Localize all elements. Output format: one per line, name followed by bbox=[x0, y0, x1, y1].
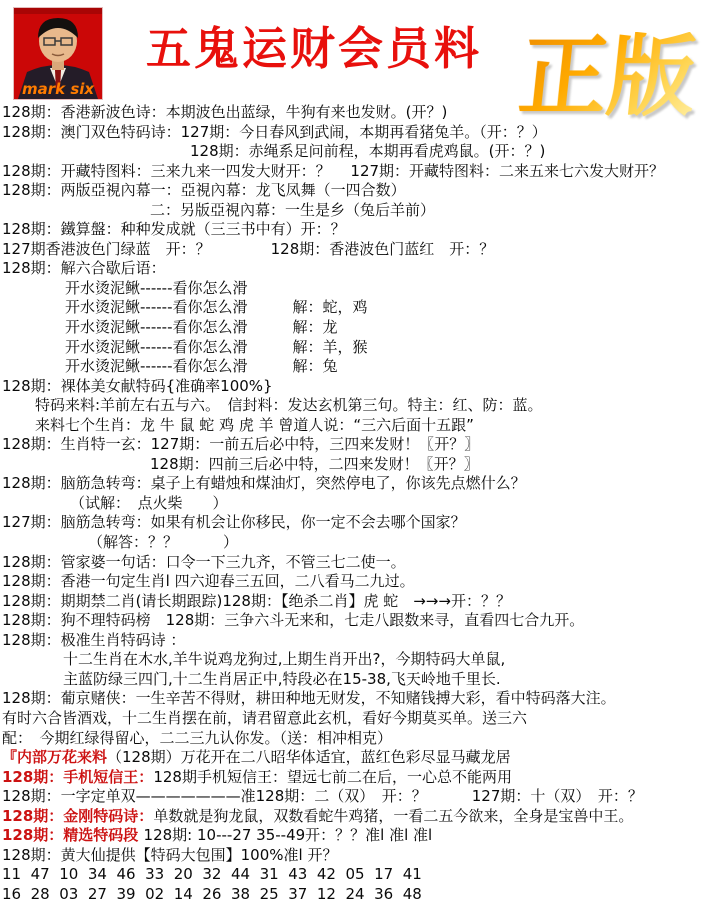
text-line: 128期：解六合歇后语： bbox=[0, 259, 723, 279]
line-text: 开水烫泥鳅------看你怎么滑 bbox=[65, 279, 247, 297]
text-line: 128期：香港一句定生肖l 四六迎春三五回，二八看马二九过。 bbox=[0, 572, 723, 592]
text-line: 特码来料:羊前左右五与六。 信封料：发达玄机第三句。特主：红、防：蓝。 bbox=[0, 396, 723, 416]
page-title: 五鬼运财会员料 bbox=[146, 24, 482, 74]
text-line: （解答：？？ ） bbox=[0, 533, 723, 553]
text-line: 128期：管家婆一句话：口令一下三九齐，不管三七二使一。 bbox=[0, 553, 723, 573]
text-line: （试解： 点火柴 ） bbox=[0, 494, 723, 514]
text-line: 16 28 03 27 39 02 14 26 38 25 37 12 24 3… bbox=[0, 885, 723, 905]
line-text: 128期：鐵算盤：种种发成就（三三书中有）开：？ bbox=[2, 220, 346, 238]
line-text: 16 28 03 27 39 02 14 26 38 25 37 12 24 3… bbox=[2, 885, 422, 903]
text-line: 128期：期期禁二肖(请长期跟踪)128期：【绝杀二肖】虎 蛇 →→→开：？？ bbox=[0, 592, 723, 612]
line-text: 128期：香港一句定生肖l 四六迎春三五回，二八看马二九过。 bbox=[2, 572, 415, 590]
line-text: 128期：澳门双色特码诗：127期：今日春风到武闹，本期再看猪兔羊。（开：？） bbox=[2, 123, 547, 141]
line-text: 128期：脑筋急转弯：桌子上有蜡烛和煤油灯，突然停电了，你该先点燃什么？ bbox=[2, 474, 526, 492]
portrait-photo-graphic: mark six bbox=[14, 8, 102, 99]
text-line: 127期：脑筋急转弯：如果有机会让你移民，你一定不会去哪个国家？ bbox=[0, 513, 723, 533]
lottery-tip-sheet: mark six 五鬼运财会员料 正版 128期：香港新波色诗：本期波色出蓝绿，… bbox=[0, 0, 723, 911]
line-text: 单数就是狗龙鼠，双数看蛇牛鸡猪，一看二五今欲来，全身是宝兽中王。 bbox=[153, 807, 633, 825]
line-text: （解答：？？ ） bbox=[88, 533, 238, 551]
line-text: 128期：解六合歇后语： bbox=[2, 259, 166, 277]
line-text: 128期：狗不理特码榜 128期：三争六斗无来和，七走八跟数来寻，直看四七合九开… bbox=[2, 611, 584, 629]
text-line: 11 47 10 34 46 33 20 32 44 31 43 42 05 1… bbox=[0, 865, 723, 885]
text-line: 128期：极准生肖特码诗 ： bbox=[0, 631, 723, 651]
line-label-red: 128期：手机短信王： bbox=[2, 768, 153, 786]
line-text: 128期：期期禁二肖(请长期跟踪)128期：【绝杀二肖】虎 蛇 →→→开：？？ bbox=[2, 592, 511, 610]
text-line: 128期：狗不理特码榜 128期：三争六斗无来和，七走八跟数来寻，直看四七合九开… bbox=[0, 611, 723, 631]
line-text: 128期：裸体美女献特码{准确率100%} bbox=[2, 377, 273, 395]
line-label-red: 128期：精选特码段 bbox=[2, 826, 144, 844]
line-text: 128期：管家婆一句话：口令一下三九齐，不管三七二使一。 bbox=[2, 553, 406, 571]
line-text: 开水烫泥鳅------看你怎么滑 解：兔 bbox=[65, 357, 337, 375]
line-text: 128期：黄大仙提供【特码大包围】100%准l 开？ bbox=[2, 846, 337, 864]
line-text: 十二生肖在木水,羊牛说鸡龙狗过,上期生肖开出?，今期特码大单鼠, bbox=[63, 650, 505, 668]
text-line: 128期：两版亞視內幕一：亞視內幕：龙飞凤舞（一四合数） bbox=[0, 181, 723, 201]
line-text: 开水烫泥鳅------看你怎么滑 解：羊，猴 bbox=[65, 338, 367, 356]
line-text: 来料七个生肖：龙 牛 鼠 蛇 鸡 虎 羊 曾道人说：“三六后面十五跟” bbox=[35, 416, 474, 434]
genuine-stamp: 正版 bbox=[515, 32, 700, 120]
line-text: （试解： 点火柴 ） bbox=[70, 494, 228, 512]
line-text: 128期：生肖特一玄：127期：一前五后必中特，三四来发财！〖开？〗 bbox=[2, 435, 479, 453]
portrait-photo: mark six bbox=[13, 7, 103, 100]
document-lines: 128期：香港新波色诗：本期波色出蓝绿，牛狗有来也发财。(开？)128期：澳门双… bbox=[0, 103, 723, 904]
line-text: 特码来料:羊前左右五与六。 信封料：发达玄机第三句。特主：红、防：蓝。 bbox=[35, 396, 543, 414]
text-line: 128期：生肖特一玄：127期：一前五后必中特，三四来发财！〖开？〗 bbox=[0, 435, 723, 455]
text-line: 来料七个生肖：龙 牛 鼠 蛇 鸡 虎 羊 曾道人说：“三六后面十五跟” bbox=[0, 416, 723, 436]
line-text: 配： 今期红绿得留心，二二三九认你发。（送：相冲相克） bbox=[2, 729, 392, 747]
line-text: 128期：赤绳系足问前程，本期再看虎鸡鼠。(开：？) bbox=[190, 142, 545, 160]
line-label-red: 128期：金刚特码诗： bbox=[2, 807, 153, 825]
line-text: 128期: 10---27 35--49开：？？准l 准l 准l bbox=[144, 826, 433, 844]
text-line: 十二生肖在木水,羊牛说鸡龙狗过,上期生肖开出?，今期特码大单鼠, bbox=[0, 650, 723, 670]
line-text: 128期：香港新波色诗：本期波色出蓝绿，牛狗有来也发财。(开？) bbox=[2, 103, 447, 121]
text-line: 开水烫泥鳅------看你怎么滑 解：兔 bbox=[0, 357, 723, 377]
line-label-red: 『内部万花来料 bbox=[2, 748, 107, 766]
line-text: 128期：两版亞視內幕一：亞視內幕：龙飞凤舞（一四合数） bbox=[2, 181, 406, 199]
line-text: 128期：极准生肖特码诗 ： bbox=[2, 631, 185, 649]
line-text: 有时六合皆酒戏，十二生肖摆在前，请君留意此玄机，看好今期莫买单。送三六 bbox=[2, 709, 527, 727]
line-text: 二：另版亞視內幕：一生是乡（兔后羊前） bbox=[150, 201, 435, 219]
text-line: 127期香港波色门绿蓝 开：？ 128期：香港波色门蓝红 开：？ bbox=[0, 240, 723, 260]
line-text: 127期香港波色门绿蓝 开：？ 128期：香港波色门蓝红 开：？ bbox=[2, 240, 494, 258]
text-line: 二：另版亞視內幕：一生是乡（兔后羊前） bbox=[0, 201, 723, 221]
line-text: 开水烫泥鳅------看你怎么滑 解：蛇，鸡 bbox=[65, 298, 367, 316]
text-line: 主蓝防绿三四门,十二生肖居正中,特段必在15-38,飞天岭地千里长. bbox=[0, 670, 723, 690]
photo-caption-text: mark six bbox=[22, 80, 95, 98]
text-line: 128期：一字定单双———————准128期：二（双） 开：？ 127期：十（双… bbox=[0, 787, 723, 807]
text-line: 128期：鐵算盤：种种发成就（三三书中有）开：？ bbox=[0, 220, 723, 240]
line-text: 11 47 10 34 46 33 20 32 44 31 43 42 05 1… bbox=[2, 865, 422, 883]
text-line: 开水烫泥鳅------看你怎么滑 解：羊，猴 bbox=[0, 338, 723, 358]
text-line: 128期：脑筋急转弯：桌子上有蜡烛和煤油灯，突然停电了，你该先点燃什么？ bbox=[0, 474, 723, 494]
line-text: 127期：脑筋急转弯：如果有机会让你移民，你一定不会去哪个国家？ bbox=[2, 513, 466, 531]
text-line: 128期：手机短信王：128期手机短信王：望远七前二在后，一心总不能两用 bbox=[0, 768, 723, 788]
line-text: 主蓝防绿三四门,十二生肖居正中,特段必在15-38,飞天岭地千里长. bbox=[63, 670, 501, 688]
line-text: 128期手机短信王：望远七前二在后，一心总不能两用 bbox=[153, 768, 512, 786]
text-line: 128期：金刚特码诗：单数就是狗龙鼠，双数看蛇牛鸡猪，一看二五今欲来，全身是宝兽… bbox=[0, 807, 723, 827]
line-text: （128期）万花开在二八昭华体适宜，蓝红色彩尽显马藏龙居 bbox=[107, 748, 511, 766]
text-line: 开水烫泥鳅------看你怎么滑 解：龙 bbox=[0, 318, 723, 338]
text-line: 128期：开藏特图料：三来九来一四发大财开：？ 127期：开藏特图料：二来五来七… bbox=[0, 162, 723, 182]
text-line: 128期：葡京赌侠：一生辛苦不得财，耕田种地无财发，不知赌钱搏大彩，看中特码落大… bbox=[0, 689, 723, 709]
text-line: 配： 今期红绿得留心，二二三九认你发。（送：相冲相克） bbox=[0, 729, 723, 749]
text-line: 128期：黄大仙提供【特码大包围】100%准l 开？ bbox=[0, 846, 723, 866]
line-text: 128期：四前三后必中特，二四来发财！〖开？〗 bbox=[150, 455, 479, 473]
line-text: 开水烫泥鳅------看你怎么滑 解：龙 bbox=[65, 318, 337, 336]
text-line: 开水烫泥鳅------看你怎么滑 bbox=[0, 279, 723, 299]
text-line: 128期：精选特码段 128期: 10---27 35--49开：？？准l 准l… bbox=[0, 826, 723, 846]
text-line: 128期：赤绳系足问前程，本期再看虎鸡鼠。(开：？) bbox=[0, 142, 723, 162]
text-line: 128期：裸体美女献特码{准确率100%} bbox=[0, 377, 723, 397]
text-line: 128期：四前三后必中特，二四来发财！〖开？〗 bbox=[0, 455, 723, 475]
line-text: 128期：一字定单双———————准128期：二（双） 开：？ 127期：十（双… bbox=[2, 787, 643, 805]
text-line: 『内部万花来料（128期）万花开在二八昭华体适宜，蓝红色彩尽显马藏龙居 bbox=[0, 748, 723, 768]
line-text: 128期：开藏特图料：三来九来一四发大财开：？ 127期：开藏特图料：二来五来七… bbox=[2, 162, 664, 180]
text-line: 开水烫泥鳅------看你怎么滑 解：蛇，鸡 bbox=[0, 298, 723, 318]
line-text: 128期：葡京赌侠：一生辛苦不得财，耕田种地无财发，不知赌钱搏大彩，看中特码落大… bbox=[2, 689, 616, 707]
text-line: 有时六合皆酒戏，十二生肖摆在前，请君留意此玄机，看好今期莫买单。送三六 bbox=[0, 709, 723, 729]
